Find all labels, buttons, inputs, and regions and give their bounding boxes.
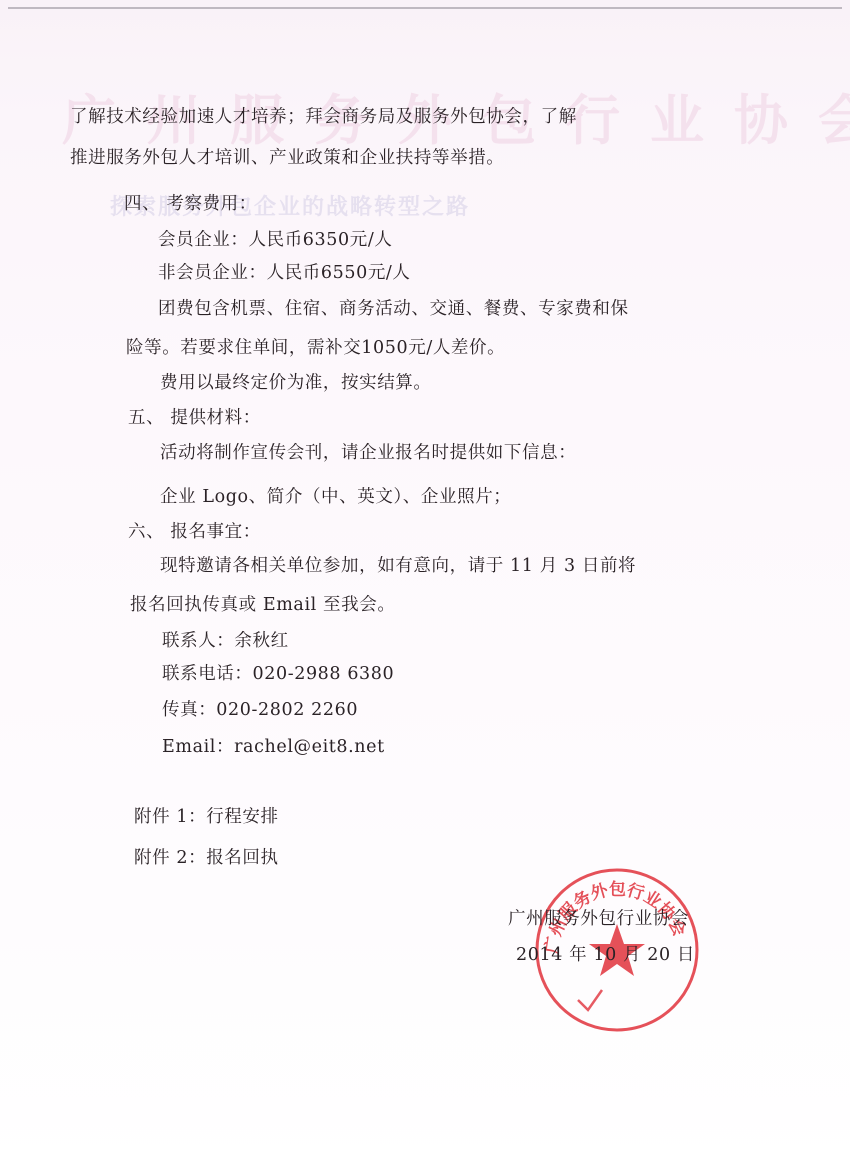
intro-line-2: 推进服务外包人才培训、产业政策和企业扶持等举措。 (70, 147, 504, 169)
section6-heading: 六、 报名事宜： (128, 521, 261, 543)
fee-includes-line-2: 险等。若要求住单间，需补交1050元/人差价。 (126, 337, 505, 359)
contact-email[interactable]: Email：rachel@eit8.net (162, 736, 385, 758)
fee-includes-line-1: 团费包含机票、住宿、商务活动、交通、餐费、专家费和保 (158, 298, 629, 320)
document-page: 广州服务外包行业协会 探索服务外包企业的战略转型之路 了解技术经验加速人才培养；… (0, 0, 850, 1169)
contact-person: 联系人：余秋红 (162, 630, 289, 652)
non-member-fee: 非会员企业：人民币6550元/人 (158, 262, 411, 284)
intro-line-1: 了解技术经验加速人才培养；拜会商务局及服务外包协会，了解 (70, 106, 577, 128)
signature-date: 2014 年 10 月 20 日 (516, 944, 695, 966)
scan-top-edge (8, 7, 842, 9)
registration-line-1: 现特邀请各相关单位参加，如有意向，请于 11 月 3 日前将 (160, 555, 636, 577)
member-fee: 会员企业：人民币6350元/人 (158, 229, 392, 251)
section5-heading: 五、 提供材料： (128, 407, 261, 429)
materials-line-2: 企业 Logo、简介（中、英文）、企业照片； (160, 486, 511, 508)
fee-final-note: 费用以最终定价为准，按实结算。 (160, 372, 432, 394)
attachment-1: 附件 1：行程安排 (134, 806, 279, 828)
materials-line-1: 活动将制作宣传会刊，请企业报名时提供如下信息： (160, 442, 576, 464)
signature-organization: 广州服务外包行业协会 (508, 908, 689, 930)
contact-fax: 传真：020-2802 2260 (162, 699, 358, 721)
attachment-2: 附件 2：报名回执 (134, 847, 279, 869)
section4-heading: 四、 考察费用： (124, 193, 257, 215)
registration-line-2: 报名回执传真或 Email 至我会。 (130, 594, 395, 616)
contact-phone: 联系电话：020-2988 6380 (162, 663, 394, 685)
